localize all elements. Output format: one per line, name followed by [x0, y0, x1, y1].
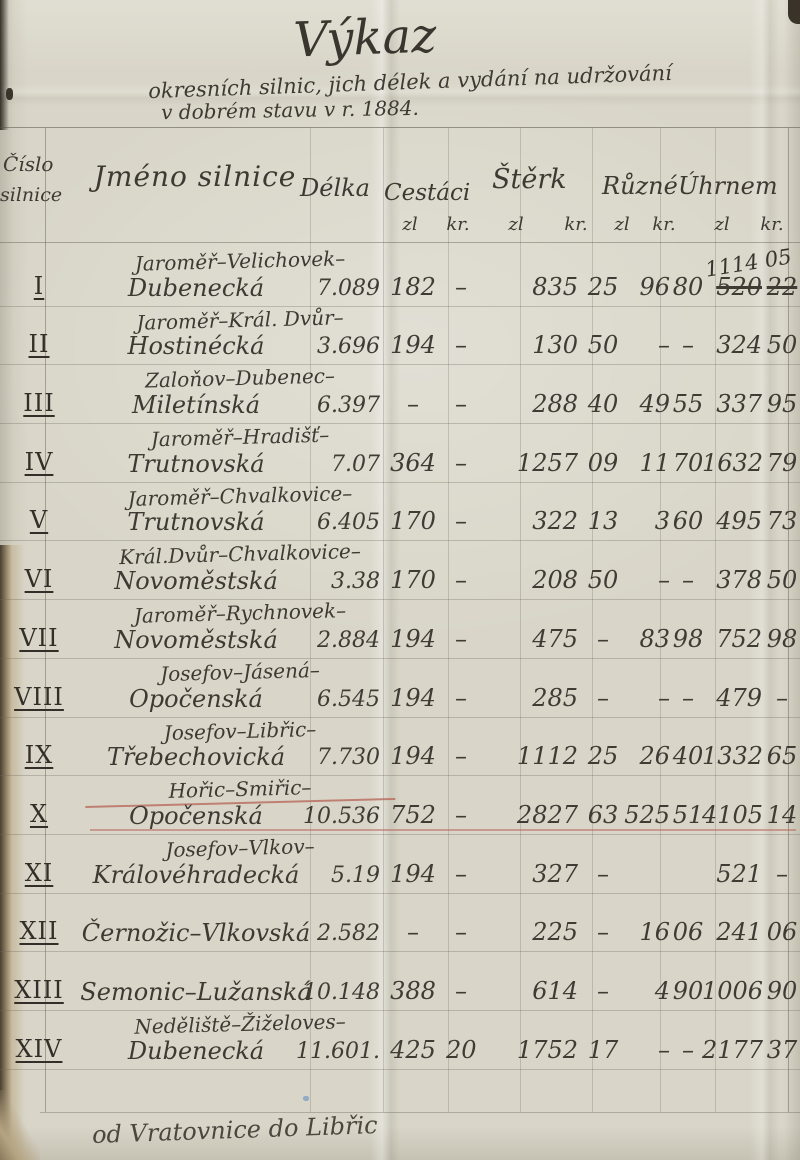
uhrnem-zl-value: 4105	[702, 801, 763, 829]
road-name: Miletínská	[64, 391, 328, 419]
uhrnem-zl-cell: 241	[702, 918, 762, 946]
document-page: Výkaz okresních silnic, jich délek a vyd…	[0, 0, 800, 1160]
sterk-zl-value: 130	[468, 331, 578, 359]
length-value: 7.07	[296, 452, 380, 477]
uhrnem-zl-cell: 752	[702, 625, 762, 653]
sterk-zl-value: 225	[468, 918, 578, 946]
unit-sterk-kr: kr.	[554, 214, 598, 235]
uhrnem-zl-cell: 495	[702, 507, 762, 535]
ruzne-zl-value: 49	[620, 390, 670, 418]
unit-uhrnem-zl: zl	[700, 214, 744, 235]
table-row: XIII Semonic–Lužanská 10.148 388 – 614 –…	[0, 952, 800, 1011]
road-number: V	[10, 506, 68, 534]
table-row: Josefov–Jásená– VIII Opočenská 6.545 194…	[0, 659, 800, 718]
cestaci-zl-value: 425	[384, 1036, 442, 1064]
uhrnem-kr-cell: –	[766, 684, 798, 712]
sterk-kr-value: 40	[584, 390, 622, 418]
road-number: II	[10, 330, 68, 358]
ruzne-zl-value: 16	[620, 918, 670, 946]
cestaci-zl-value: 194	[384, 331, 442, 359]
header-sterk: Štěrk	[492, 164, 567, 195]
unit-ruzne-kr: kr.	[644, 214, 684, 235]
uhrnem-kr-value: 73	[767, 507, 798, 535]
uhrnem-zl-value: 1632	[702, 449, 763, 477]
cestaci-zl-value: 194	[384, 742, 442, 770]
road-number: VIII	[10, 683, 68, 711]
road-route-label: Jaroměř–Chvalkovice–	[85, 480, 396, 512]
sterk-kr-value: 09	[584, 449, 622, 477]
cestaci-zl-value: –	[384, 390, 442, 418]
length-value: 2.582	[296, 921, 380, 946]
sterk-kr-value: –	[584, 860, 622, 888]
table-row: Neděliště–Žiželoves– XIV Dubenecká 11.60…	[0, 1011, 800, 1070]
header-jmeno-silnice: Jméno silnice	[70, 160, 320, 193]
uhrnem-kr-cell: 14	[766, 801, 798, 829]
uhrnem-zl-cell: 4105	[702, 801, 762, 829]
ruzne-zl-value: 83	[620, 625, 670, 653]
sterk-kr-value: 50	[584, 566, 622, 594]
header-cestaci: Cestáci	[384, 180, 470, 206]
table-row: Josefov–Libřic– IX Třebechovická 7.730 1…	[0, 718, 800, 777]
ruzne-zl-value: 525	[620, 801, 670, 829]
unit-cestaci-zl: zl	[390, 214, 430, 235]
road-number: XII	[10, 917, 68, 945]
ruled-line-bottom	[40, 1112, 800, 1113]
road-route-label: Josefov–Jásená–	[85, 656, 396, 688]
road-name: Semonic–Lužanská	[64, 978, 328, 1006]
uhrnem-kr-value: 06	[767, 918, 798, 946]
table-row: Zaloňov–Dubenec– III Miletínská 6.397 – …	[0, 365, 800, 424]
ruzne-zl-value: 26	[620, 742, 670, 770]
road-route-label: Neděliště–Žiželoves–	[85, 1008, 396, 1040]
length-value: 3.38	[296, 569, 380, 594]
road-name: Třebechovická	[64, 743, 328, 771]
sterk-kr-value: 25	[584, 273, 622, 301]
unit-ruzne-zl: zl	[604, 214, 640, 235]
uhrnem-zl-cell: 479	[702, 684, 762, 712]
uhrnem-zl-value: 752	[716, 625, 762, 653]
ruzne-kr-value: –	[672, 566, 704, 594]
ruzne-zl-value: 3	[620, 507, 670, 535]
ruzne-kr-value: 70	[672, 449, 704, 477]
road-route-label: Josefov–Libřic–	[85, 714, 396, 746]
uhrnem-kr-cell: 90	[766, 977, 798, 1005]
table-row: XII Černožic–Vlkovská 2.582 – – 225 – 16…	[0, 894, 800, 953]
road-route-label: Král.Dvůr–Chvalkovice–	[85, 538, 396, 570]
ruzne-kr-value: –	[672, 1036, 704, 1064]
road-number: IV	[10, 448, 68, 476]
sterk-kr-value: –	[584, 625, 622, 653]
ruzne-kr-value: 90	[672, 977, 704, 1005]
uhrnem-zl-value: 1006	[702, 977, 763, 1005]
length-value: 3.696	[296, 334, 380, 359]
uhrnem-zl-cell: 324	[702, 331, 762, 359]
uhrnem-kr-cell: 22	[766, 273, 798, 301]
table-row: Jaroměř–Chvalkovice– V Trutnovská 6.405 …	[0, 483, 800, 542]
sterk-kr-value: 17	[584, 1036, 622, 1064]
cestaci-zl-value: 170	[384, 507, 442, 535]
table-top-rule	[0, 127, 800, 128]
road-route-label: Zaloňov–Dubenec–	[85, 362, 396, 394]
unit-sterk-zl: zl	[496, 214, 536, 235]
sterk-zl-value: 835	[468, 273, 578, 301]
uhrnem-zl-value: 521	[716, 860, 762, 888]
uhrnem-zl-value: 337	[716, 390, 762, 418]
length-value: 2.884	[296, 628, 380, 653]
header-uhrnem: Úhrnem	[678, 172, 778, 200]
sterk-zl-value: 285	[468, 684, 578, 712]
road-name: Trutnovská	[64, 508, 328, 536]
header-cislo-line2: silnice	[0, 184, 62, 206]
road-number: VII	[10, 624, 68, 652]
cestaci-zl-value: 194	[384, 625, 442, 653]
uhrnem-kr-cell: 95	[766, 390, 798, 418]
ruzne-kr-value: 80	[672, 273, 704, 301]
road-number: X	[10, 800, 68, 828]
uhrnem-zl-cell: 337	[702, 390, 762, 418]
sterk-zl-value: 1752	[468, 1036, 578, 1064]
road-route-label: Jaroměř–Hradišť–	[85, 421, 396, 453]
header-cislo-line1: Číslo	[3, 152, 53, 176]
road-number: I	[10, 272, 68, 300]
uhrnem-zl-cell: 1332	[702, 742, 762, 770]
ink-dot-blue	[303, 1096, 309, 1101]
road-name: Královéhradecká	[64, 861, 328, 889]
road-number: XIII	[10, 976, 68, 1004]
table-row: Hořic–Smiřic– X Opočenská 10.536 752 – 2…	[0, 776, 800, 835]
uhrnem-kr-value: 50	[767, 566, 798, 594]
uhrnem-kr-cell: 37	[766, 1036, 798, 1064]
road-number: XIV	[10, 1035, 68, 1063]
length-value: 11.601.	[296, 1039, 380, 1064]
unit-uhrnem-kr: kr.	[752, 214, 792, 235]
table-row: Jaroměř–Rychnovek– VII Novoměstská 2.884…	[0, 600, 800, 659]
uhrnem-kr-value: 65	[767, 742, 798, 770]
uhrnem-zl-cell: 378	[702, 566, 762, 594]
uhrnem-kr-cell: 06	[766, 918, 798, 946]
uhrnem-kr-value: 22	[767, 273, 798, 301]
ruzne-zl-value: –	[620, 684, 670, 712]
road-name: Novoměstská	[64, 626, 328, 654]
table-header-rule	[0, 242, 800, 243]
road-route-label: Jaroměř–Král. Dvůr–	[85, 304, 396, 336]
sterk-zl-value: 288	[468, 390, 578, 418]
ruzne-kr-value: 06	[672, 918, 704, 946]
sterk-kr-value: –	[584, 684, 622, 712]
table-rows: Jaroměř–Velichovek– I Dubenecká 7.089 18…	[0, 248, 800, 1070]
table-row: Jaroměř–Král. Dvůr– II Hostinécká 3.696 …	[0, 307, 800, 366]
sterk-kr-value: 25	[584, 742, 622, 770]
sterk-zl-value: 475	[468, 625, 578, 653]
road-name: Dubenecká	[64, 274, 328, 302]
sterk-zl-value: 2827	[468, 801, 578, 829]
uhrnem-kr-value: 37	[767, 1036, 798, 1064]
road-number: IX	[10, 741, 68, 769]
uhrnem-zl-value: 378	[716, 566, 762, 594]
road-route-label: Jaroměř–Velichovek–	[85, 245, 396, 277]
length-value: 6.545	[296, 687, 380, 712]
paper-stain-top-right	[788, 0, 800, 24]
uhrnem-kr-cell: 73	[766, 507, 798, 535]
uhrnem-kr-cell: –	[766, 860, 798, 888]
ruzne-kr-value: 55	[672, 390, 704, 418]
cestaci-zl-value: –	[384, 918, 442, 946]
sterk-zl-value: 208	[468, 566, 578, 594]
uhrnem-kr-value: 95	[767, 390, 798, 418]
table-row: Jaroměř–Hradišť– IV Trutnovská 7.07 364 …	[0, 424, 800, 483]
road-number: VI	[10, 565, 68, 593]
sterk-kr-value: 63	[584, 801, 622, 829]
cestaci-zl-value: 752	[384, 801, 442, 829]
cestaci-zl-value: 194	[384, 860, 442, 888]
uhrnem-zl-value: 241	[716, 918, 762, 946]
uhrnem-kr-cell: 65	[766, 742, 798, 770]
ruzne-zl-value: 96	[620, 273, 670, 301]
table-row: Jaroměř–Velichovek– I Dubenecká 7.089 18…	[0, 248, 800, 307]
uhrnem-zl-cell: 2177	[702, 1036, 762, 1064]
uhrnem-kr-value: 50	[767, 331, 798, 359]
uhrnem-kr-value: 79	[767, 449, 798, 477]
ruzne-zl-value: –	[620, 1036, 670, 1064]
uhrnem-zl-value: 495	[716, 507, 762, 535]
road-name: Novoměstská	[64, 567, 328, 595]
ruzne-zl-value: 4	[620, 977, 670, 1005]
uhrnem-zl-cell: 1006	[702, 977, 762, 1005]
road-name: Hostinécká	[64, 332, 328, 360]
uhrnem-zl-value: 1332	[702, 742, 763, 770]
sterk-zl-value: 327	[468, 860, 578, 888]
uhrnem-kr-value: 90	[767, 977, 798, 1005]
uhrnem-zl-value: 479	[716, 684, 762, 712]
road-name: Dubenecká	[64, 1037, 328, 1065]
uhrnem-kr-value: 14	[767, 801, 798, 829]
length-value: 7.089	[296, 276, 380, 301]
length-value: 5.19	[296, 863, 380, 888]
length-value: 10.148	[296, 980, 380, 1005]
uhrnem-kr-value: –	[776, 684, 788, 712]
header-delka: Délka	[300, 174, 370, 202]
length-value: 10.536	[296, 804, 380, 829]
uhrnem-zl-value: 324	[716, 331, 762, 359]
uhrnem-kr-cell: 98	[766, 625, 798, 653]
road-number: XI	[10, 859, 68, 887]
road-name: Opočenská	[64, 802, 328, 830]
ruzne-zl-value: 11	[620, 449, 670, 477]
footer-note: od Vratovnice do Libřic	[92, 1111, 378, 1149]
road-number: III	[10, 389, 68, 417]
length-value: 6.397	[296, 393, 380, 418]
sterk-kr-value: –	[584, 977, 622, 1005]
road-route-label: Josefov–Vlkov–	[85, 832, 396, 864]
sterk-kr-value: –	[584, 918, 622, 946]
header-ruzne: Různé	[602, 172, 678, 200]
road-route-label: Jaroměř–Rychnovek–	[85, 597, 396, 629]
uhrnem-zl-cell: 1632	[702, 449, 762, 477]
cestaci-zl-value: 194	[384, 684, 442, 712]
sterk-kr-value: 50	[584, 331, 622, 359]
sterk-zl-value: 1112	[468, 742, 578, 770]
cestaci-zl-value: 182	[384, 273, 442, 301]
road-name: Černožic–Vlkovská	[64, 919, 328, 947]
sterk-kr-value: 13	[584, 507, 622, 535]
sterk-zl-value: 322	[468, 507, 578, 535]
table-row: Král.Dvůr–Chvalkovice– VI Novoměstská 3.…	[0, 541, 800, 600]
ruzne-zl-value: –	[620, 566, 670, 594]
uhrnem-kr-cell: 50	[766, 331, 798, 359]
ruzne-kr-value: 51	[672, 801, 704, 829]
ruzne-kr-value: 60	[672, 507, 704, 535]
unit-cestaci-kr: kr.	[438, 214, 478, 235]
uhrnem-zl-cell: 521	[702, 860, 762, 888]
sterk-zl-value: 1257	[468, 449, 578, 477]
uhrnem-kr-cell: 79	[766, 449, 798, 477]
ruzne-zl-value: –	[620, 331, 670, 359]
road-name: Trutnovská	[64, 450, 328, 478]
page-stack-corner	[0, 1090, 40, 1160]
cestaci-zl-value: 364	[384, 449, 442, 477]
cestaci-zl-value: 388	[384, 977, 442, 1005]
paper-stain-left	[6, 88, 13, 100]
ruzne-kr-value: 40	[672, 742, 704, 770]
ruzne-kr-value: –	[672, 331, 704, 359]
uhrnem-kr-value: –	[776, 860, 788, 888]
uhrnem-kr-value: 98	[767, 625, 798, 653]
uhrnem-zl-value: 2177	[702, 1036, 763, 1064]
cestaci-zl-value: 170	[384, 566, 442, 594]
road-name: Opočenská	[64, 685, 328, 713]
ruzne-kr-value: –	[672, 684, 704, 712]
ruzne-kr-value: 98	[672, 625, 704, 653]
uhrnem-zl-cell: 1114 05 520	[702, 273, 762, 301]
table-row: Josefov–Vlkov– XI Královéhradecká 5.19 1…	[0, 835, 800, 894]
length-value: 7.730	[296, 745, 380, 770]
length-value: 6.405	[296, 510, 380, 535]
sterk-zl-value: 614	[468, 977, 578, 1005]
uhrnem-kr-cell: 50	[766, 566, 798, 594]
